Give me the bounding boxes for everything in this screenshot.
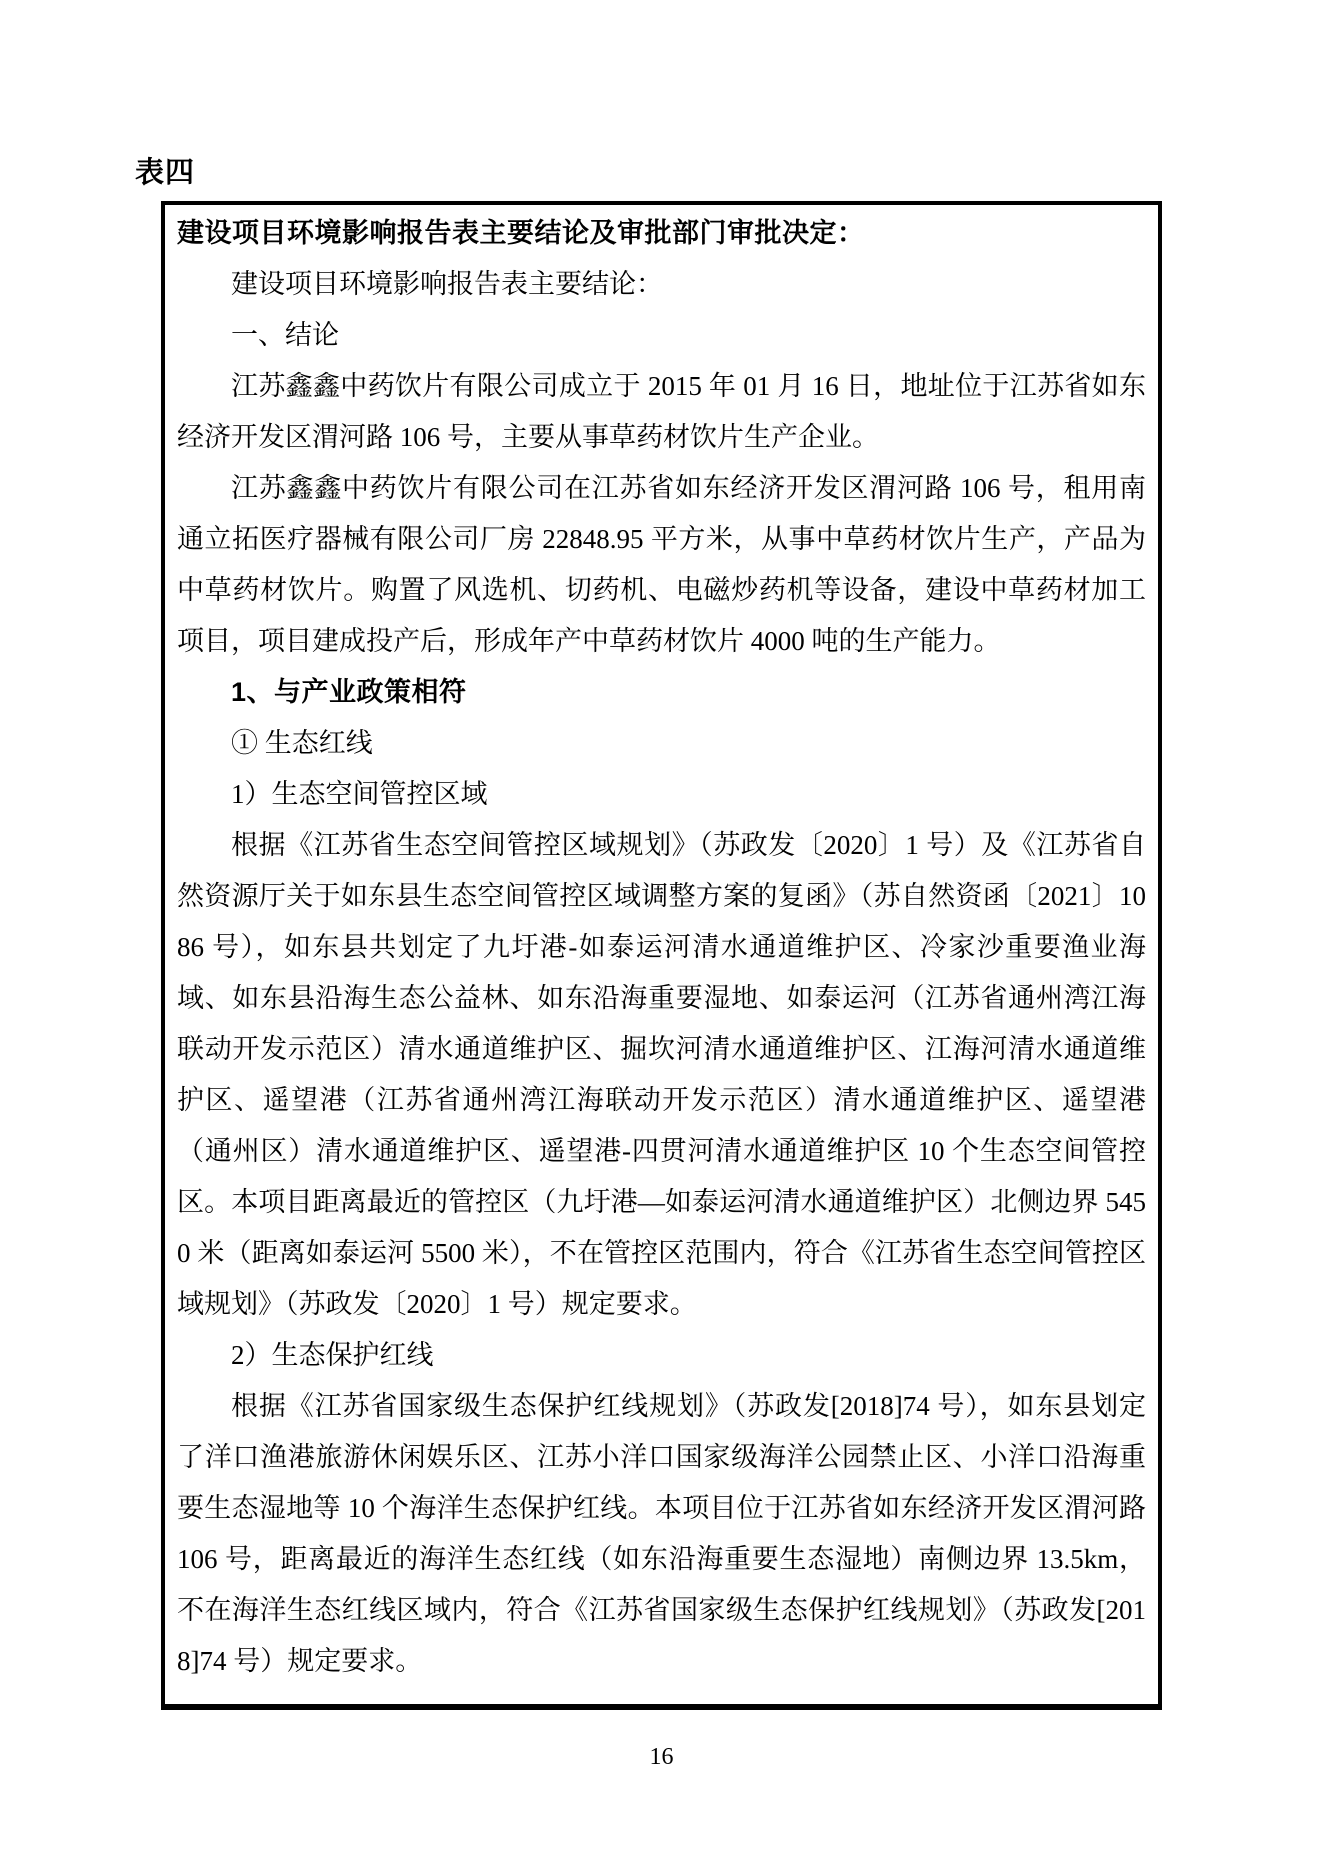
paragraph: 江苏鑫鑫中药饮片有限公司在江苏省如东经济开发区渭河路 106 号，租用南通立拓医… [177, 463, 1146, 667]
paragraph: 根据《江苏省国家级生态保护红线规划》（苏政发[2018]74 号），如东县划定了… [177, 1381, 1146, 1687]
paragraph: 1、与产业政策相符 [177, 667, 1146, 718]
paragraph: 建设项目环境影响报告表主要结论： [177, 259, 1146, 310]
report-table: 建设项目环境影响报告表主要结论及审批部门审批决定： 建设项目环境影响报告表主要结… [161, 201, 1162, 1710]
paragraph: ① 生态红线 [177, 718, 1146, 769]
paragraph: 一、结论 [177, 310, 1146, 361]
document-page: 表四 建设项目环境影响报告表主要结论及审批部门审批决定： 建设项目环境影响报告表… [0, 0, 1323, 1871]
paragraph: 江苏鑫鑫中药饮片有限公司成立于 2015 年 01 月 16 日，地址位于江苏省… [177, 361, 1146, 463]
paragraph: 2）生态保护红线 [177, 1330, 1146, 1381]
table-body: 建设项目环境影响报告表主要结论：一、结论江苏鑫鑫中药饮片有限公司成立于 2015… [177, 259, 1146, 1687]
page-number: 16 [0, 1742, 1323, 1772]
paragraph: 1）生态空间管控区域 [177, 769, 1146, 820]
paragraph: 根据《江苏省生态空间管控区域规划》（苏政发〔2020〕1 号）及《江苏省自然资源… [177, 820, 1146, 1330]
table-header: 建设项目环境影响报告表主要结论及审批部门审批决定： [177, 208, 1146, 259]
table-label: 表四 [135, 155, 195, 191]
